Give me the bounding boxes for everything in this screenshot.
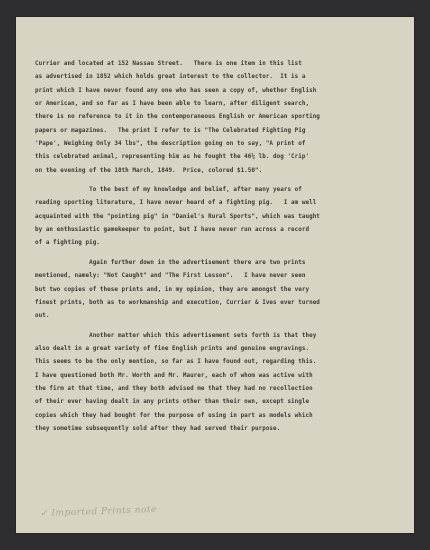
- text-line: papers or magazines. The print I refer t…: [35, 125, 395, 138]
- text-line: reading sporting literature, I have neve…: [35, 197, 395, 210]
- text-line: they sometime subsequently sold after th…: [35, 423, 395, 436]
- text-line: 'Pape', Weighing Only 34 lbs", the descr…: [35, 138, 395, 151]
- text-line: finest prints, both as to workmanship an…: [35, 297, 395, 310]
- text-line: Currier and located at 152 Nassau Street…: [35, 58, 395, 71]
- text-line: also dealt in a great variety of fine En…: [35, 343, 395, 356]
- typewritten-text: Currier and located at 152 Nassau Street…: [35, 58, 395, 436]
- text-line: To the best of my knowledge and belief, …: [35, 184, 395, 197]
- text-line: acquainted with the "pointing pig" in "D…: [35, 211, 395, 224]
- text-line: Again further down in the advertisement …: [35, 257, 395, 270]
- text-line: there is no reference to it in the conte…: [35, 111, 395, 124]
- text-line: by an enthusiastic gamekeeper to point, …: [35, 224, 395, 237]
- text-line: This seems to be the only mention, so fa…: [35, 356, 395, 369]
- text-line: on the evening of the 18th March, 1849. …: [35, 165, 395, 178]
- text-line: the firm at that time, and they both adv…: [35, 383, 395, 396]
- text-line: but two copies of these prints and, in m…: [35, 284, 395, 297]
- text-line: of a fighting pig.: [35, 237, 395, 250]
- text-line: as advertised in 1852 which holds great …: [35, 71, 395, 84]
- text-line: print which I have never found any one w…: [35, 85, 395, 98]
- text-line: this celebrated animal, representing him…: [35, 151, 395, 164]
- text-line: copies which they had bought for the pur…: [35, 410, 395, 423]
- text-line: Another matter which this advertisement …: [35, 330, 395, 343]
- text-line: mentioned, namely: "Not Caught" and "The…: [35, 270, 395, 283]
- text-line: out.: [35, 310, 395, 323]
- text-line: or American, and so far as I have been a…: [35, 98, 395, 111]
- text-line: of their ever having dealt in any prints…: [35, 396, 395, 409]
- text-line: I have questioned both Mr. Worth and Mr.…: [35, 370, 395, 383]
